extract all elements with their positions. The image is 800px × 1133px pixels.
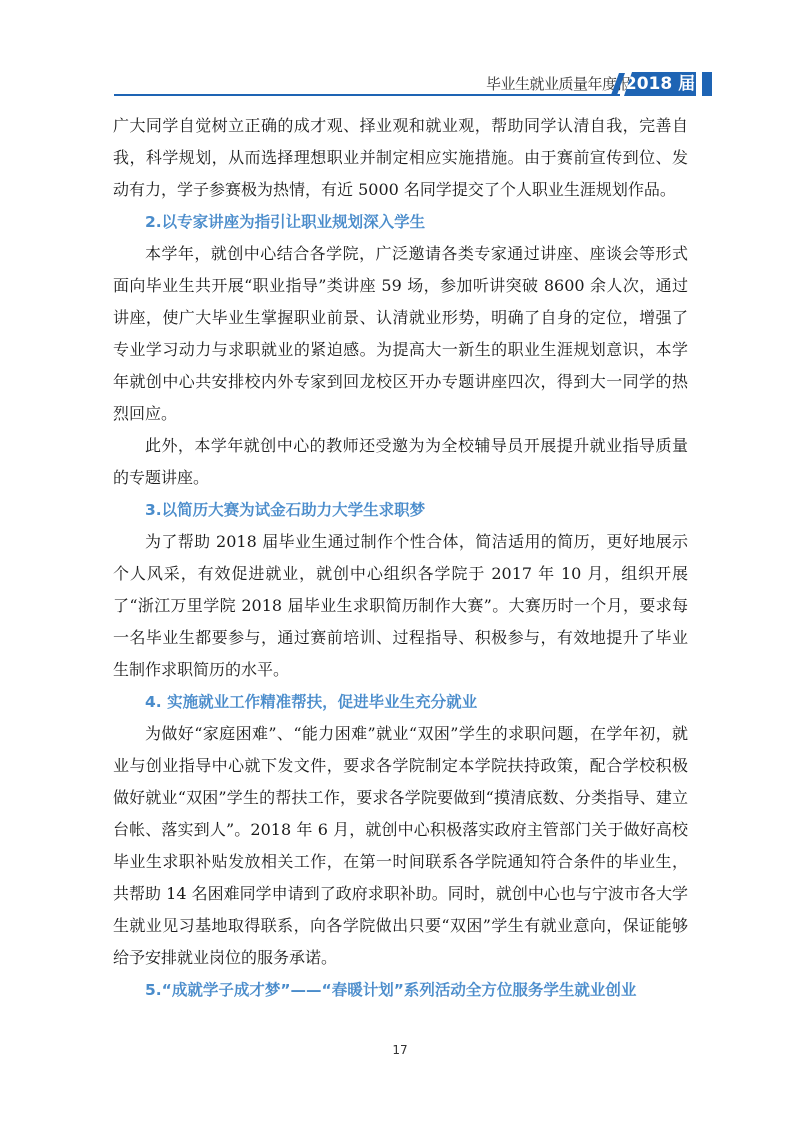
- paragraph-continued: 广大同学自觉树立正确的成才观、择业观和就业观，帮助同学认清自我，完善自我，科学规…: [113, 110, 688, 206]
- page-header: 毕业生就业质量年度报告 2018 届: [0, 0, 800, 110]
- document-body: 广大同学自觉树立正确的成才观、择业观和就业观，帮助同学认清自我，完善自我，科学规…: [113, 110, 688, 1006]
- paragraph: 为做好“家庭困难”、“能力困难”就业“双困”学生的求职问题，在学年初，就业与创业…: [113, 718, 688, 974]
- year-badge: 2018 届: [624, 72, 696, 96]
- paragraph: 此外，本学年就创中心的教师还受邀为为全校辅导员开展提升就业指导质量的专题讲座。: [113, 430, 688, 494]
- section-heading-4: 4. 实施就业工作精准帮扶，促进毕业生充分就业: [113, 686, 688, 718]
- section-heading-2: 2.以专家讲座为指引让职业规划深入学生: [113, 206, 688, 238]
- section-heading-5: 5.“成就学子成才梦”——“春暖计划”系列活动全方位服务学生就业创业: [113, 974, 688, 1006]
- header-bar-decoration: [702, 72, 712, 96]
- page-number: 17: [0, 1043, 800, 1057]
- paragraph: 为了帮助 2018 届毕业生通过制作个性合体，简洁适用的简历，更好地展示个人风采…: [113, 526, 688, 686]
- paragraph: 本学年，就创中心结合各学院，广泛邀请各类专家通过讲座、座谈会等形式面向毕业生共开…: [113, 238, 688, 430]
- header-divider: [114, 94, 620, 96]
- section-heading-3: 3.以简历大赛为试金石助力大学生求职梦: [113, 494, 688, 526]
